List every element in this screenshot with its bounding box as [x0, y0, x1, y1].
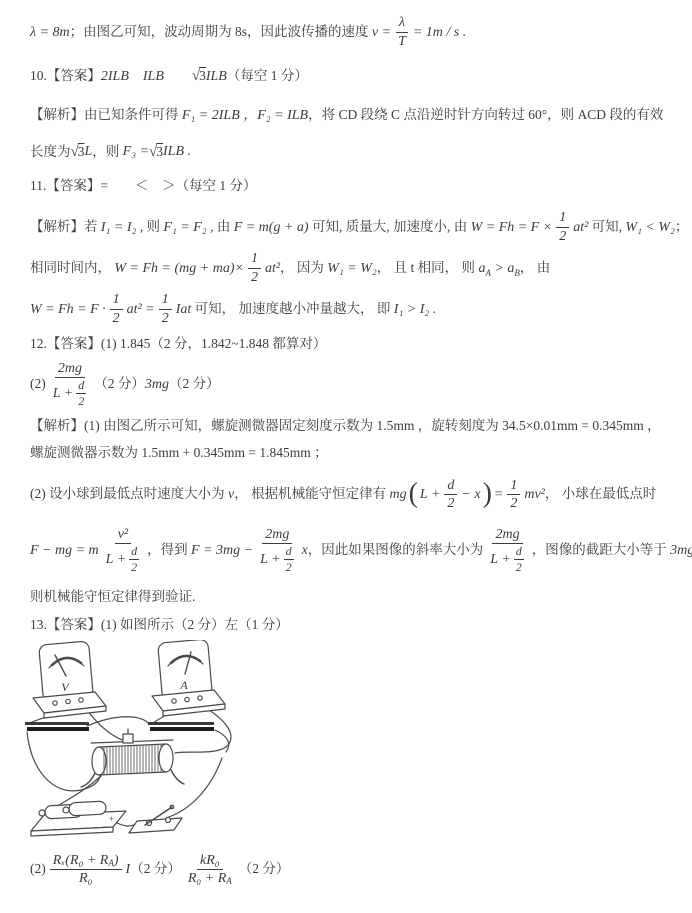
text-run: ，因此如果图像的斜率大小为: [308, 540, 484, 560]
answer-12-part2-line: (2)2mgL +d2（2 分）3mg（2 分）: [30, 360, 682, 410]
text-run: 可知, 质量大, 加速度小, 由: [309, 217, 471, 237]
answer-12-line: 12.【答案】(1) 1.845（2 分，1.842~1.848 都算对）: [30, 334, 682, 354]
text-run: ；由图乙可知，波动周期为 8s，因此波传播的速度: [70, 22, 372, 42]
text-run: ；: [675, 217, 689, 237]
fraction-numerator: d: [514, 544, 524, 560]
fraction-denominator: 2: [75, 394, 87, 409]
math-run: I₁ > I₂: [394, 299, 430, 320]
fraction-numerator: 1: [248, 250, 261, 269]
fraction: Rₓ(R₀ + RA)R₀: [50, 852, 122, 888]
text-run: （2 分）: [130, 859, 181, 879]
subscript: B: [514, 267, 520, 281]
math-run: W₁ = W₂: [327, 258, 377, 279]
text-run: ， 因为: [280, 258, 327, 278]
analysis-11-line-2: 相同时间内， W = Fh = (mg + ma)×12at²， 因为 W₁ =…: [30, 250, 682, 286]
text-run: (2): [30, 859, 46, 879]
fraction: kR₀R₀ + RA: [185, 852, 235, 888]
text-run: （2 分）: [239, 859, 290, 879]
math-run: v =: [372, 22, 391, 43]
fraction: d2: [444, 477, 457, 513]
math-run: mg: [389, 484, 406, 505]
math-run: at² =: [127, 299, 155, 320]
circuit-figure-svg: V A: [25, 640, 325, 845]
text-run: , 由: [207, 217, 234, 237]
text-run: ，图像的截距大小等于: [532, 540, 670, 560]
analysis-12-line-2: 螺旋测微器示数为 1.5mm + 0.345mm = 1.845mm ；: [30, 443, 682, 463]
text-run: 螺旋测微器示数为 1.5mm + 0.345mm = 1.845mm ；: [30, 443, 328, 463]
math-run: ): [114, 852, 119, 870]
fraction-denominator: 2: [159, 310, 172, 328]
math-run: ILB: [206, 66, 227, 87]
fraction: 12: [556, 209, 569, 245]
fraction-numerator: 2mg: [492, 526, 522, 545]
math-run: 3mg: [670, 540, 692, 561]
math-run: 3mg: [145, 374, 169, 395]
math-run: L +: [106, 551, 126, 569]
math-run: − x: [461, 484, 480, 505]
fraction-numerator: 1: [507, 477, 520, 496]
analysis-10-line-1: 【解析】由已知条件可得 F₁ = 2ILB ，F₂ = ILB，将 CD 段绕 …: [30, 105, 682, 126]
text-run: 12.【答案】(1) 1.845（2 分，1.842~1.848 都算对）: [30, 334, 326, 354]
math-run: F = m(g + a): [234, 217, 309, 238]
fraction-numerator: kR₀: [197, 852, 223, 871]
math-run: F₁ = F₂: [163, 217, 206, 238]
math-run: I₁ = I₂: [101, 217, 137, 238]
text-run: ， 小球在最低点时: [545, 484, 656, 504]
math-run: ILB .: [163, 141, 191, 162]
answer-sheet-page: λ = 8m；由图乙可知，波动周期为 8s，因此波传播的速度 v =λT= 1m…: [0, 0, 692, 913]
fraction-denominator: 2: [128, 560, 140, 575]
fraction-numerator: 1: [556, 209, 569, 228]
math-run: > a: [491, 258, 514, 279]
math-run: L +: [260, 551, 280, 569]
analysis-10-line-2: 长度为√3L，则 F₃ =√3ILB .: [30, 141, 682, 164]
fraction-denominator: 2: [283, 560, 295, 575]
math-run: L +: [490, 551, 510, 569]
answer-13-part2-line: (2)Rₓ(R₀ + RA)R₀I（2 分）kR₀R₀ + RA（2 分）: [30, 852, 682, 888]
answer-11-line: 11.【答案】= ＜ ＞（每空 1 分）: [30, 176, 682, 196]
text-run: （2 分）: [94, 374, 145, 394]
voltmeter: V: [33, 640, 106, 717]
terminal-bar-right: [148, 722, 214, 731]
analysis-12-line-1: 【解析】(1) 由图乙所示可知，螺旋测微器固定刻度示数为 1.5mm ，旋转刻度…: [30, 416, 682, 436]
subscript: A: [485, 267, 491, 281]
text-run: 11.【答案】= ＜ ＞（每空 1 分）: [30, 176, 257, 196]
fraction: λT: [395, 14, 409, 50]
fraction-denominator: L +d2: [487, 544, 527, 575]
fraction-denominator: L +d2: [50, 378, 90, 409]
fraction-numerator: v²: [115, 526, 131, 545]
battery-plus-label: +: [109, 814, 114, 824]
fraction: 12: [110, 291, 123, 327]
fraction-denominator: 2: [507, 495, 520, 513]
text-run: 可知,: [588, 217, 625, 237]
math-run: =: [494, 484, 503, 505]
line-wave-speed: λ = 8m；由图乙可知，波动周期为 8s，因此波传播的速度 v =λT= 1m…: [30, 14, 682, 50]
math-run: λ = 8m: [30, 22, 70, 43]
rheostat: [81, 729, 184, 787]
ammeter-label: A: [179, 678, 188, 692]
text-run: 长度为: [30, 142, 71, 162]
fraction-denominator: 2: [444, 495, 457, 513]
text-run: 10.【答案】: [30, 66, 101, 86]
math-run: mv²: [524, 484, 545, 505]
text-run: （每空 1 分）: [227, 66, 308, 86]
text-run: （2 分）: [169, 374, 220, 394]
left-paren: (: [409, 483, 418, 505]
fraction-denominator: 2: [110, 310, 123, 328]
math-run: 2ILB ILB: [101, 66, 192, 87]
nested-fraction: d2: [513, 544, 525, 575]
text-run: , 则: [136, 217, 163, 237]
text-run: 【解析】(1) 由图乙所示可知，螺旋测微器固定刻度示数为 1.5mm ，旋转刻度…: [30, 416, 661, 436]
fraction: 12: [159, 291, 172, 327]
math-run: W₁ < W₂: [625, 217, 675, 238]
fraction-denominator: L +d2: [103, 544, 143, 575]
fraction: v²L +d2: [103, 526, 143, 576]
math-run: F₃ =: [123, 141, 149, 162]
analysis-12-force-line: F − mg = mv²L +d2，得到 F = 3mg −2mgL +d2x，…: [30, 526, 682, 576]
fraction-numerator: d: [129, 544, 139, 560]
fraction-numerator: 1: [110, 291, 123, 310]
answer-13-line: 13.【答案】(1) 如图所示（2 分）左（1 分）: [30, 615, 682, 635]
fraction-denominator: 2: [556, 228, 569, 246]
subscript: A: [226, 876, 232, 887]
math-run: Rₓ(R₀ + R: [53, 852, 109, 870]
analysis-11-line-3: W = Fh = F ·12at² =12Iat 可知， 加速度越小冲量越大， …: [30, 291, 682, 327]
text-run: (2) 设小球到最低点时速度大小为: [30, 484, 228, 504]
nested-fraction: d2: [75, 378, 87, 409]
switch: [129, 805, 182, 833]
math-run: L: [84, 141, 92, 162]
battery: +: [31, 801, 126, 836]
math-run: F = 3mg −: [191, 540, 253, 561]
fraction-denominator: R₀ + RA: [185, 870, 235, 888]
analysis-12-energy-line: (2) 设小球到最低点时速度大小为 v， 根据机械能守恒定律有 mg(L +d2…: [30, 477, 682, 513]
radicand: 3: [156, 142, 163, 162]
fraction-numerator: d: [444, 477, 457, 496]
fraction-denominator: 2: [248, 269, 261, 287]
fraction: 2mgL +d2: [487, 526, 527, 576]
fraction-denominator: R₀: [76, 870, 95, 888]
ammeter: A: [152, 640, 225, 716]
math-run: F₁ = 2ILB ，F₂ = ILB: [182, 105, 308, 126]
text-run: 可知， 加速度越小冲量越大， 即: [191, 299, 394, 319]
fraction-denominator: 2: [513, 560, 525, 575]
fraction-numerator: λ: [396, 14, 408, 33]
text-run: .: [429, 299, 436, 319]
text-run: ， 根据机械能守恒定律有: [234, 484, 389, 504]
radicand: 3: [199, 66, 206, 86]
fraction: 12: [507, 477, 520, 513]
math-run: R₀ + R: [188, 870, 226, 888]
analysis-11-line-1: 【解析】若 I₁ = I₂ , 则 F₁ = F₂ , 由 F = m(g + …: [30, 209, 682, 245]
math-run: at²: [265, 258, 280, 279]
text-run: 则机械能守恒定律得到验证.: [30, 587, 195, 607]
math-run: L +: [420, 484, 440, 505]
math-run: F − mg = m: [30, 540, 99, 561]
fraction-numerator: 2mg: [262, 526, 292, 545]
fraction-numerator: 1: [159, 291, 172, 310]
text-run: 相同时间内，: [30, 258, 114, 278]
fraction-numerator: Rₓ(R₀ + RA): [50, 852, 122, 871]
text-run: (2): [30, 374, 46, 394]
circuit-diagram: V A: [25, 640, 682, 850]
math-run: at²: [573, 217, 588, 238]
text-run: 【解析】由已知条件可得: [30, 105, 182, 125]
fraction-numerator: d: [284, 544, 294, 560]
nested-fraction: d2: [283, 544, 295, 575]
math-run: W = Fh = F ·: [30, 299, 106, 320]
fraction-denominator: L +d2: [257, 544, 297, 575]
right-paren: ): [483, 483, 492, 505]
terminal-bar-left: [25, 722, 89, 731]
math-run: L +: [53, 385, 73, 403]
answer-10-line: 10.【答案】2ILB ILB √3ILB（每空 1 分）: [30, 65, 682, 88]
text-run: ，得到: [147, 540, 191, 560]
math-run: W = Fh = (mg + ma)×: [114, 258, 244, 279]
math-run: Iat: [176, 299, 192, 320]
fraction-denominator: T: [395, 33, 409, 51]
text-run: ， 且 t 相同， 则: [377, 258, 479, 278]
text-run: ，将 CD 段绕 C 点沿逆时针方向转过 60°，则 ACD 段的有效: [308, 105, 663, 125]
text-run: 13.【答案】(1) 如图所示（2 分）左（1 分）: [30, 615, 289, 635]
fraction-numerator: 2mg: [55, 360, 85, 379]
fraction-numerator: d: [76, 378, 86, 394]
math-run: = 1m / s .: [413, 22, 466, 43]
subscript: A: [108, 858, 114, 869]
text-run: ，则: [92, 142, 122, 162]
fraction: 2mgL +d2: [50, 360, 90, 410]
nested-fraction: d2: [128, 544, 140, 575]
fraction: 12: [248, 250, 261, 286]
math-run: W = Fh = F ×: [471, 217, 553, 238]
fraction: 2mgL +d2: [257, 526, 297, 576]
text-run: 【解析】若: [30, 217, 101, 237]
math-run: a: [478, 258, 485, 279]
analysis-12-conclusion-line: 则机械能守恒定律得到验证.: [30, 587, 682, 607]
text-run: ， 由: [520, 258, 550, 278]
